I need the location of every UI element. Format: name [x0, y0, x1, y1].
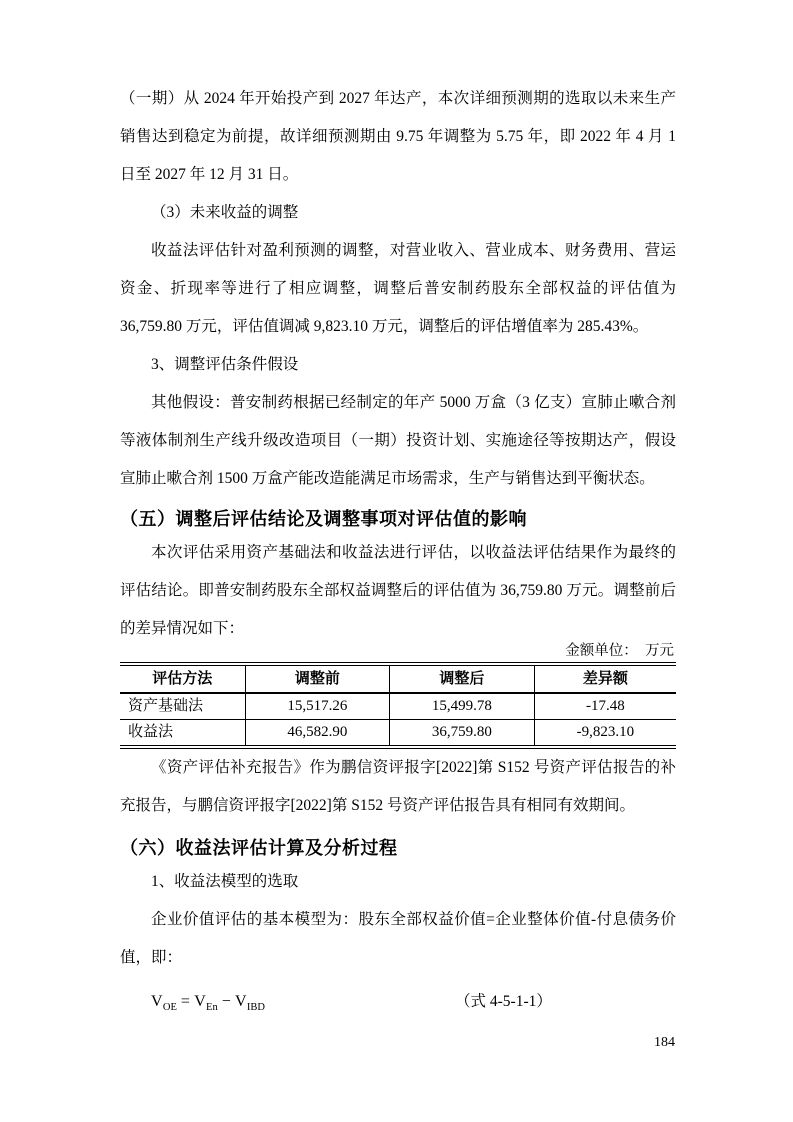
- paragraph-supplement-report: 《资产评估补充报告》作为鹏信资评报字[2022]第 S152 号资产评估报告的补…: [120, 749, 676, 825]
- formula-term-v: V: [194, 993, 206, 1010]
- formula-equity-value: VOE=VEn−VIBD: [151, 993, 265, 1010]
- formula-term-v: V: [151, 993, 163, 1010]
- paragraph-income-adjustment: 收益法评估针对盈利预测的调整，对营业收入、营业成本、财务费用、营运资金、折现率等…: [120, 232, 676, 346]
- table-cell-after: 36,759.80: [390, 720, 535, 748]
- paragraph-conclusion: 本次评估采用资产基础法和收益法进行评估，以收益法评估结果作为最终的评估结论。即普…: [120, 534, 676, 648]
- formula-row: VOE=VEn−VIBD （式 4-5-1-1）: [120, 989, 676, 1015]
- table-header-before-adjustment: 调整前: [245, 664, 390, 693]
- table-row-asset-based: 资产基础法 15,517.26 15,499.78 -17.48: [120, 693, 676, 720]
- table-cell-before: 46,582.90: [245, 720, 390, 748]
- paragraph-forecast-period: （一期）从 2024 年开始投产到 2027 年达产，本次详细预测期的选取以未来…: [120, 80, 676, 194]
- equals-sign: =: [181, 993, 190, 1010]
- paragraph-basic-model: 企业价值评估的基本模型为：股东全部权益价值=企业整体价值-付息债务价值，即：: [120, 901, 676, 977]
- table-header-method: 评估方法: [120, 664, 245, 693]
- subheading-assumption-adjustment: 3、调整评估条件假设: [120, 346, 676, 384]
- formula-subscript-en: En: [206, 1002, 218, 1013]
- table-cell-method: 收益法: [120, 720, 245, 748]
- subheading-future-income-adjustment: （3）未来收益的调整: [120, 194, 676, 232]
- table-cell-difference: -9,823.10: [534, 720, 676, 748]
- table-header-after-adjustment: 调整后: [390, 664, 535, 693]
- formula-term-v: V: [235, 993, 247, 1010]
- minus-sign: −: [222, 993, 231, 1010]
- paragraph-other-assumptions: 其他假设：普安制药根据已经制定的年产 5000 万盒（3 亿支）宣肺止嗽合剂等液…: [120, 384, 676, 498]
- section-heading-five: （五）调整后评估结论及调整事项对评估值的影响: [120, 504, 676, 534]
- page-number: 184: [654, 1034, 675, 1052]
- table-cell-before: 15,517.26: [245, 693, 390, 720]
- document-page: （一期）从 2024 年开始投产到 2027 年达产，本次详细预测期的选取以未来…: [0, 0, 793, 1122]
- formula-equation-label: （式 4-5-1-1）: [455, 989, 552, 1015]
- table-row-income-approach: 收益法 46,582.90 36,759.80 -9,823.10: [120, 720, 676, 748]
- formula-subscript-oe: OE: [163, 1002, 177, 1013]
- valuation-comparison-table: 评估方法 调整前 调整后 差异额 资产基础法 15,517.26 15,499.…: [120, 662, 676, 749]
- formula-subscript-ibd: IBD: [247, 1002, 265, 1013]
- table-cell-method: 资产基础法: [120, 693, 245, 720]
- section-heading-six: （六）收益法评估计算及分析过程: [120, 833, 676, 863]
- table-header-difference: 差异额: [534, 664, 676, 693]
- table-cell-after: 15,499.78: [390, 693, 535, 720]
- table-header-row: 评估方法 调整前 调整后 差异额: [120, 664, 676, 693]
- table-cell-difference: -17.48: [534, 693, 676, 720]
- page-content: （一期）从 2024 年开始投产到 2027 年达产，本次详细预测期的选取以未来…: [120, 80, 676, 1015]
- subheading-model-selection: 1、收益法模型的选取: [120, 863, 676, 901]
